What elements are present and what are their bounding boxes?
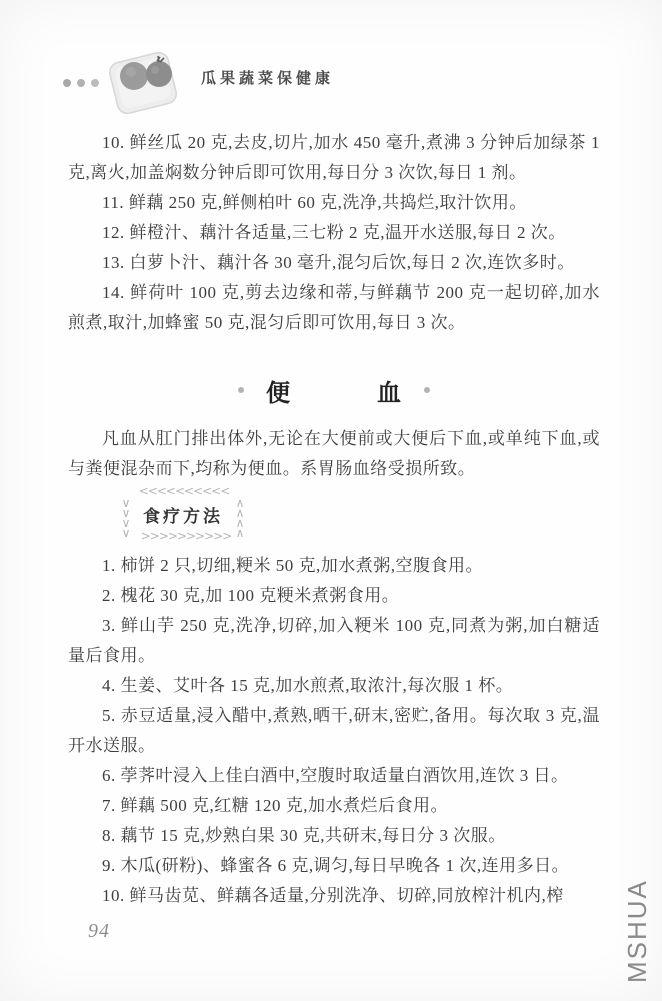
title-dot-right-icon [424,387,430,393]
previous-section-list: 10. 鲜丝瓜 20 克,去皮,切片,加水 450 毫升,煮沸 3 分钟后加绿茶… [68,128,600,338]
section-title-char: 便 [266,373,291,408]
watermark: MSHUA [622,883,652,983]
method-label: 食疗方法 [123,489,243,539]
remedy-item: 10. 鲜马齿苋、鲜藕各适量,分别洗净、切碎,同放榨汁机内,榨 [68,881,600,911]
header-dots [63,79,99,87]
title-dot-left-icon [238,387,244,393]
remedy-item: 8. 藕节 15 克,炒熟白果 30 克,共研末,每日分 3 次服。 [68,821,600,851]
dot-icon [91,79,99,87]
remedy-item: 3. 鲜山芋 250 克,洗净,切碎,加入粳米 100 克,同煮为粥,加白糖适量… [68,611,600,671]
remedy-item: 9. 木瓜(研粉)、蜂蜜各 6 克,调匀,每日早晚各 1 次,连用多日。 [68,851,600,881]
section-title-char: 血 [377,373,402,408]
page-number: 94 [88,920,110,943]
method-list: 1. 柿饼 2 只,切细,粳米 50 克,加水煮粥,空腹食用。2. 槐花 30 … [68,551,600,911]
dot-icon [63,79,71,87]
remedy-item: 6. 荸荠叶浸入上佳白酒中,空腹时取适量白酒饮用,连饮 3 日。 [68,761,600,791]
remedy-item: 12. 鲜橙汁、藕汁各适量,三七粉 2 克,温开水送服,每日 2 次。 [68,218,600,248]
remedy-item: 4. 生姜、艾叶各 15 克,加水煎煮,取浓汁,每次服 1 杯。 [68,671,600,701]
remedy-item: 14. 鲜荷叶 100 克,剪去边缘和蒂,与鲜藕节 200 克一起切碎,加水煎煮… [68,278,600,338]
remedy-item: 2. 槐花 30 克,加 100 克粳米煮粥食用。 [68,581,600,611]
method-label-box: <<<<<<<<<< >>>>>>>>>> ∨∨∨∨ ∧∧∧∧ 食疗方法 [123,489,243,539]
book-title: 瓜果蔬菜保健康 [201,67,334,88]
remedy-item: 5. 赤豆适量,浸入醋中,煮熟,晒干,研末,密贮,备用。每次取 3 克,温开水送… [68,701,600,761]
section-intro: 凡血从肛门排出体外,无论在大便前或大便后下血,或单纯下血,或与粪便混杂而下,均称… [68,424,600,484]
book-page: 瓜果蔬菜保健康 10. 鲜丝瓜 20 克,去皮,切片,加水 450 毫升,煮沸 … [0,0,662,1001]
remedy-item: 1. 柿饼 2 只,切细,粳米 50 克,加水煮粥,空腹食用。 [68,551,600,581]
section-title: 便 血 [68,375,600,405]
remedy-item: 10. 鲜丝瓜 20 克,去皮,切片,加水 450 毫升,煮沸 3 分钟后加绿茶… [68,128,600,188]
dot-icon [77,79,85,87]
remedy-item: 13. 白萝卜汁、藕汁各 30 毫升,混匀后饮,每日 2 次,连饮多时。 [68,248,600,278]
page-header: 瓜果蔬菜保健康 [63,42,334,118]
remedy-item: 7. 鲜藕 500 克,红糖 120 克,加水煮烂后食用。 [68,791,600,821]
fruit-plate-icon [101,43,185,117]
page-content: 10. 鲜丝瓜 20 克,去皮,切片,加水 450 毫升,煮沸 3 分钟后加绿茶… [68,128,600,911]
remedy-item: 11. 鲜藕 250 克,鲜侧柏叶 60 克,洗净,共捣烂,取汁饮用。 [68,188,600,218]
